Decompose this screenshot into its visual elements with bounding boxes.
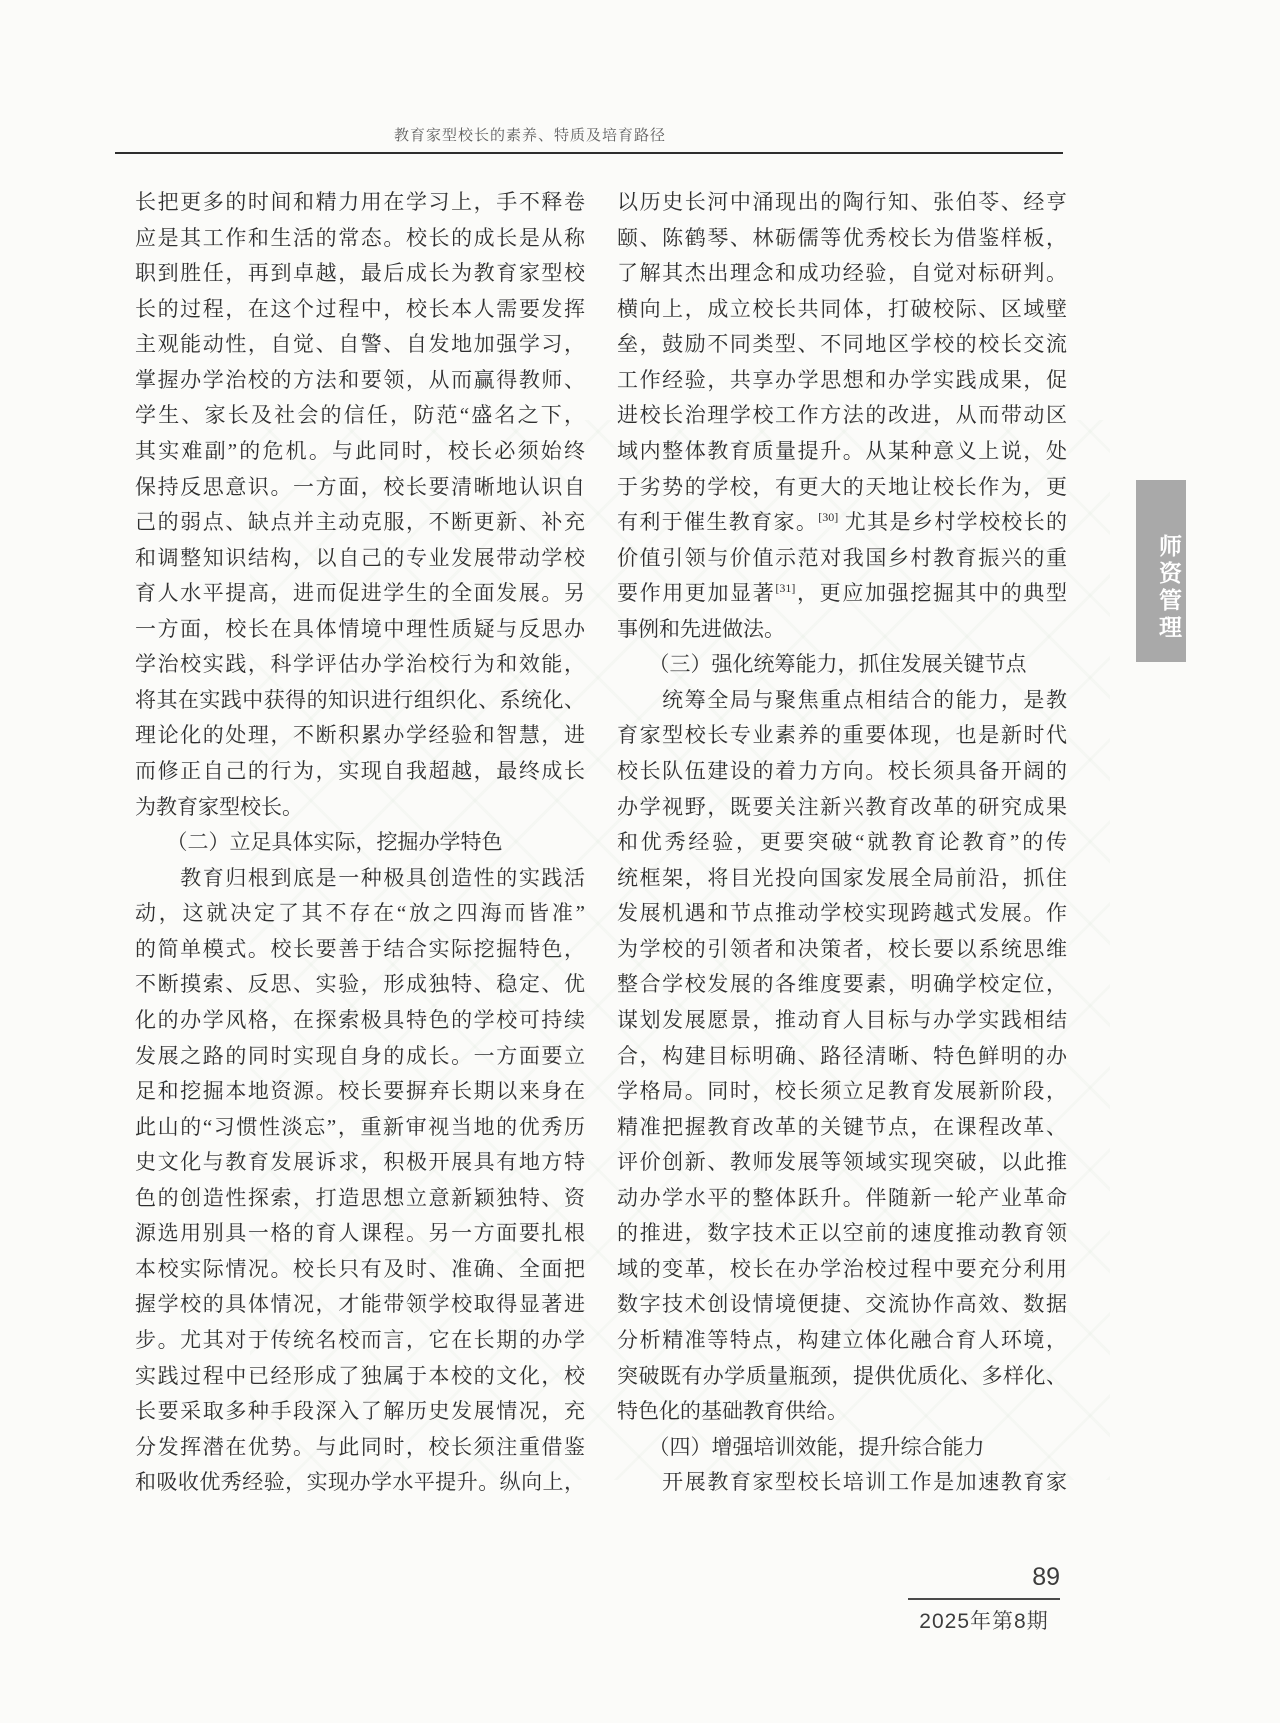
text-line: 谋划发展愿景，推动育人目标与办学实践相结 [617, 1003, 1067, 1039]
page-root: 教育家型校长的素养、特质及培育路径 长把更多的时间和精力用在学习上，手不释卷应是… [0, 0, 1280, 1723]
text-line: 化的办学风格，在探索极具特色的学校可持续 [135, 1003, 585, 1039]
text-line: 其实难副”的危机。与此同时，校长必须始终 [135, 434, 585, 470]
text-line: 实践过程中已经形成了独属于本校的文化，校 [135, 1359, 585, 1395]
text-line: 的简单模式。校长要善于结合实际挖掘特色， [135, 932, 585, 968]
section-tab: 师资管理 [1136, 480, 1186, 662]
text-line: 域内整体教育质量提升。从某种意义上说，处 [617, 434, 1067, 470]
text-line: 主观能动性，自觉、自警、自发地加强学习， [135, 327, 585, 363]
section-heading-line: （三）强化统筹能力，抓住发展关键节点 [617, 647, 1067, 683]
text-line: 掌握办学治校的方法和要领，从而赢得教师、 [135, 363, 585, 399]
text-line: 分析精准等特点，构建立体化融合育人环境， [617, 1323, 1067, 1359]
reference-superscript: [30] [818, 510, 838, 524]
text-line: 数字技术创设情境便捷、交流协作高效、数据 [617, 1287, 1067, 1323]
section-heading-line: （四）增强培训效能，提升综合能力 [617, 1430, 1067, 1466]
text-line: 长要采取多种手段深入了解历史发展情况，充 [135, 1394, 585, 1430]
running-head-title: 教育家型校长的素养、特质及培育路径 [0, 124, 1060, 145]
footer-rule [908, 1598, 1060, 1600]
text-line: 源选用别具一格的育人课程。另一方面要扎根 [135, 1216, 585, 1252]
column-right: 以历史长河中涌现出的陶行知、张伯苓、经亨颐、陈鹤琴、林砺儒等优秀校长为借鉴样板，… [617, 185, 1067, 1501]
text-line: 工作经验，共享办学思想和办学实践成果，促 [617, 363, 1067, 399]
text-line: 横向上，成立校长共同体，打破校际、区域壁 [617, 292, 1067, 328]
text-line: 育人水平提高，进而促进学生的全面发展。另 [135, 576, 585, 612]
text-line: 育家型校长专业素养的重要体现，也是新时代 [617, 718, 1067, 754]
header-rule [115, 152, 1063, 154]
section-heading-line: （二）立足具体实际，挖掘办学特色 [135, 825, 585, 861]
text-line: 长的过程，在这个过程中，校长本人需要发挥 [135, 292, 585, 328]
text-line: 应是其工作和生活的常态。校长的成长是从称 [135, 221, 585, 257]
section-tab-label: 师资管理 [1136, 534, 1186, 642]
text-line: 价值引领与价值示范对我国乡村教育振兴的重 [617, 541, 1067, 577]
text-line: 分发挥潜在优势。与此同时，校长须注重借鉴 [135, 1430, 585, 1466]
text-line: 本校实际情况。校长只有及时、准确、全面把 [135, 1252, 585, 1288]
text-line: 足和挖掘本地资源。校长要摒弃长期以来身在 [135, 1074, 585, 1110]
text-line: 统筹全局与聚焦重点相结合的能力，是教 [617, 683, 1067, 719]
text-line: 教育归根到底是一种极具创造性的实践活 [135, 861, 585, 897]
column-left: 长把更多的时间和精力用在学习上，手不释卷应是其工作和生活的常态。校长的成长是从称… [135, 185, 585, 1501]
text-line: 进校长治理学校工作方法的改进，从而带动区 [617, 398, 1067, 434]
text-line: 垒，鼓励不同类型、不同地区学校的校长交流 [617, 327, 1067, 363]
reference-superscript: [31] [775, 581, 795, 595]
text-line: 步。尤其对于传统名校而言，它在长期的办学 [135, 1323, 585, 1359]
text-line: 于劣势的学校，有更大的天地让校长作为，更 [617, 470, 1067, 506]
text-line: 整合学校发展的各维度要素，明确学校定位， [617, 967, 1067, 1003]
text-line: 动，这就决定了其不存在“放之四海而皆准” [135, 896, 585, 932]
text-line: 长把更多的时间和精力用在学习上，手不释卷 [135, 185, 585, 221]
text-line: 精准把握教育改革的关键节点，在课程改革、 [617, 1110, 1067, 1146]
text-line: 为学校的引领者和决策者，校长要以系统思维 [617, 932, 1067, 968]
text-line: 评价创新、教师发展等领域实现突破，以此推 [617, 1145, 1067, 1181]
text-line: 学治校实践，科学评估办学治校行为和效能， [135, 647, 585, 683]
text-line: 突破既有办学质量瓶颈，提供优质化、多样化、 [617, 1359, 1067, 1395]
text-line: 了解其杰出理念和成功经验，自觉对标研判。 [617, 256, 1067, 292]
text-line: 不断摸索、反思、实验，形成独特、稳定、优 [135, 967, 585, 1003]
issue-label: 2025年第8期 [888, 1605, 1080, 1635]
text-line: 为教育家型校长。 [135, 790, 585, 826]
text-line: 和优秀经验，更要突破“就教育论教育”的传 [617, 825, 1067, 861]
text-line: 要作用更加显著[31]，更应加强挖掘其中的典型 [617, 576, 1067, 612]
text-line: 理论化的处理，不断积累办学经验和智慧，进 [135, 718, 585, 754]
text-line: 校长队伍建设的着力方向。校长须具备开阔的 [617, 754, 1067, 790]
text-line: 学格局。同时，校长须立足教育发展新阶段， [617, 1074, 1067, 1110]
text-line: 办学视野，既要关注新兴教育改革的研究成果 [617, 790, 1067, 826]
text-line: 特色化的基础教育供给。 [617, 1394, 1067, 1430]
text-line: 而修正自己的行为，实现自我超越，最终成长 [135, 754, 585, 790]
text-line: 动办学水平的整体跃升。伴随新一轮产业革命 [617, 1181, 1067, 1217]
text-line: 发展机遇和节点推动学校实现跨越式发展。作 [617, 896, 1067, 932]
page-number: 89 [908, 1563, 1060, 1592]
text-line: 事例和先进做法。 [617, 612, 1067, 648]
text-line: 有利于催生教育家。[30] 尤其是乡村学校校长的 [617, 505, 1067, 541]
text-line: 域的变革，校长在办学治校过程中要充分利用 [617, 1252, 1067, 1288]
text-line: 和调整知识结构，以自己的专业发展带动学校 [135, 541, 585, 577]
text-line: 此山的“习惯性淡忘”，重新审视当地的优秀历 [135, 1110, 585, 1146]
text-line: 开展教育家型校长培训工作是加速教育家 [617, 1465, 1067, 1501]
text-line: 将其在实践中获得的知识进行组织化、系统化、 [135, 683, 585, 719]
text-line: 合，构建目标明确、路径清晰、特色鲜明的办 [617, 1039, 1067, 1075]
text-line: 保持反思意识。一方面，校长要清晰地认识自 [135, 470, 585, 506]
text-line: 职到胜任，再到卓越，最后成长为教育家型校 [135, 256, 585, 292]
text-line: 的推进，数字技术正以空前的速度推动教育领 [617, 1216, 1067, 1252]
text-line: 发展之路的同时实现自身的成长。一方面要立 [135, 1039, 585, 1075]
text-line: 色的创造性探索，打造思想立意新颖独特、资 [135, 1181, 585, 1217]
text-line: 握学校的具体情况，才能带领学校取得显著进 [135, 1287, 585, 1323]
text-line: 颐、陈鹤琴、林砺儒等优秀校长为借鉴样板， [617, 221, 1067, 257]
text-line: 和吸收优秀经验，实现办学水平提升。纵向上， [135, 1465, 585, 1501]
text-line: 一方面，校长在具体情境中理性质疑与反思办 [135, 612, 585, 648]
text-line: 学生、家长及社会的信任，防范“盛名之下， [135, 398, 585, 434]
text-line: 以历史长河中涌现出的陶行知、张伯苓、经亨 [617, 185, 1067, 221]
text-line: 史文化与教育发展诉求，积极开展具有地方特 [135, 1145, 585, 1181]
text-line: 统框架，将目光投向国家发展全局前沿，抓住 [617, 861, 1067, 897]
text-line: 己的弱点、缺点并主动克服，不断更新、补充 [135, 505, 585, 541]
